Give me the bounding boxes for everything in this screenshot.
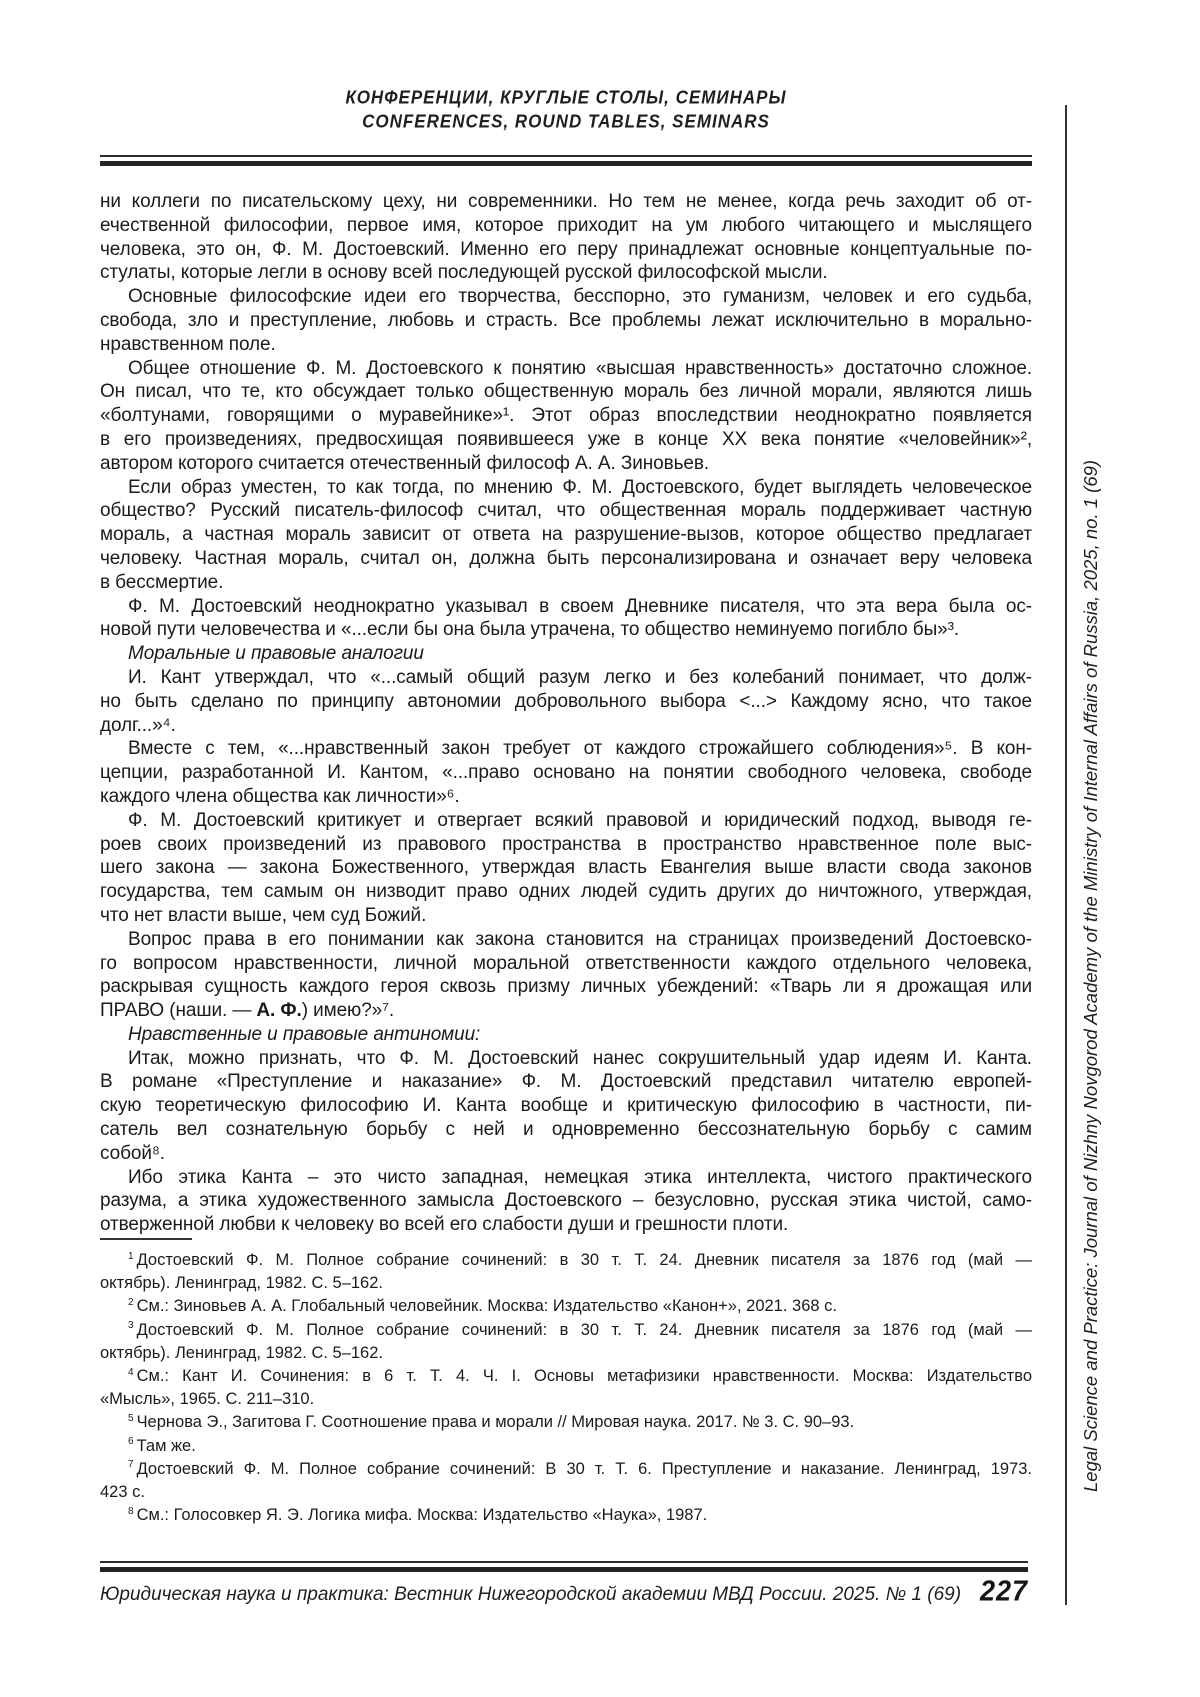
footnote-line: 8См.: Голосовкер Я. Э. Логика мифа. Моск… xyxy=(100,1504,1032,1527)
text-line: ечественной философии, первое имя, котор… xyxy=(100,214,1032,238)
page-header: КОНФЕРЕНЦИИ, КРУГЛЫЕ СТОЛЫ, СЕМИНАРЫ CON… xyxy=(100,86,1032,134)
text-line: Моральные и правовые аналогии xyxy=(100,642,1032,666)
sidebar-vertical-text: Legal Science and Practice: Journal of N… xyxy=(1080,460,1102,1492)
text-line: свобода, зло и преступление, любовь и ст… xyxy=(100,309,1032,333)
footnote-item: 7Достоевский Ф. М. Полное собрание сочин… xyxy=(100,1458,1032,1504)
footnote-item: 2См.: Зиновьев А. А. Глобальный человейн… xyxy=(100,1295,1032,1318)
text-line: автором которого считается отечественный… xyxy=(100,452,1032,476)
section-title-ru: КОНФЕРЕНЦИИ, КРУГЛЫЕ СТОЛЫ, СЕМИНАРЫ xyxy=(100,85,1032,111)
text-line: ни коллеги по писательскому цеху, ни сов… xyxy=(100,190,1032,214)
footer-journal-line: Юридическая наука и практика: Вестник Ни… xyxy=(100,1584,961,1606)
footnote-line: 423 с. xyxy=(100,1481,1032,1504)
footnote-line: октябрь). Ленинград, 1982. С. 5–162. xyxy=(100,1272,1032,1295)
text-line: раскрывая сущность каждого героя сквозь … xyxy=(100,975,1032,999)
text-line: но быть сделано по принципу автономии до… xyxy=(100,690,1032,714)
text-line: го вопросом нравственности, личной морал… xyxy=(100,952,1032,976)
text-line: И. Кант утверждал, что «...самый общий р… xyxy=(100,666,1032,690)
text-line: Вопрос права в его понимании как закона … xyxy=(100,928,1032,952)
text-line: стулаты, которые легли в основу всей пос… xyxy=(100,261,1032,285)
text-line: нравственном поле. xyxy=(100,333,1032,357)
article-paragraph: Ф. М. Достоевский критикует и отвергает … xyxy=(100,809,1032,928)
text-line: сатель вел сознательную борьбу с ней и о… xyxy=(100,1118,1032,1142)
text-line: отверженной любви к человеку во всей его… xyxy=(100,1213,1032,1237)
footnote-marker: 2 xyxy=(128,1297,134,1308)
article-subheading: Нравственные и правовые антиномии: xyxy=(100,1023,1032,1047)
section-title-en: CONFERENCES, ROUND TABLES, SEMINARS xyxy=(100,109,1032,135)
sidebar-rule xyxy=(1065,105,1067,1605)
text-line: цепции, разработанной И. Кантом, «...пра… xyxy=(100,761,1032,785)
footnote-item: 4См.: Кант И. Сочинения: в 6 т. Т. 4. Ч.… xyxy=(100,1365,1032,1411)
footnote-marker: 1 xyxy=(128,1251,134,1262)
footer-rule xyxy=(100,1561,1028,1572)
footnote-marker: 7 xyxy=(128,1459,134,1470)
footnote-item: 8См.: Голосовкер Я. Э. Логика мифа. Моск… xyxy=(100,1504,1032,1527)
footnote-line: 7Достоевский Ф. М. Полное собрание сочин… xyxy=(100,1458,1032,1481)
text-line: в его произведениях, предвосхищая появив… xyxy=(100,428,1032,452)
footnote-marker: 4 xyxy=(128,1367,134,1378)
article-subheading: Моральные и правовые аналогии xyxy=(100,642,1032,666)
article-body: ни коллеги по писательскому цеху, ни сов… xyxy=(100,190,1032,1237)
footnote-line: 3Достоевский Ф. М. Полное собрание сочин… xyxy=(100,1319,1032,1342)
text-line: человеку. Частная мораль, считал он, дол… xyxy=(100,547,1032,571)
article-paragraph: И. Кант утверждал, что «...самый общий р… xyxy=(100,666,1032,737)
footnote-line: 2См.: Зиновьев А. А. Глобальный человейн… xyxy=(100,1295,1032,1318)
text-line: Основные философские идеи его творчества… xyxy=(100,285,1032,309)
text-line: Общее отношение Ф. М. Достоевского к пон… xyxy=(100,357,1032,381)
article-paragraph: Вопрос права в его понимании как закона … xyxy=(100,928,1032,1023)
text-line: скую теоретическую философию И. Канта во… xyxy=(100,1094,1032,1118)
text-line: человека, это он, Ф. М. Достоевский. Име… xyxy=(100,238,1032,262)
header-rule-thick xyxy=(100,161,1032,166)
text-line: каждого члена общества как личности»⁶. xyxy=(100,785,1032,809)
footnote-marker: 5 xyxy=(128,1413,134,1424)
footnote-marker: 3 xyxy=(128,1320,134,1331)
page-number: 227 xyxy=(980,1575,1028,1608)
text-line: Если образ уместен, то как тогда, по мне… xyxy=(100,476,1032,500)
footnote-item: 6Там же. xyxy=(100,1435,1032,1458)
text-line: Он писал, что те, кто обсуждает только о… xyxy=(100,380,1032,404)
text-line: Ф. М. Достоевский критикует и отвергает … xyxy=(100,809,1032,833)
footnote-line: 4См.: Кант И. Сочинения: в 6 т. Т. 4. Ч.… xyxy=(100,1365,1032,1388)
text-line: шего закона — закона Божественного, утве… xyxy=(100,856,1032,880)
footnote-item: 5Чернова Э., Загитова Г. Соотношение пра… xyxy=(100,1411,1032,1434)
footer-rule-thick xyxy=(100,1567,1028,1572)
article-paragraph: Если образ уместен, то как тогда, по мне… xyxy=(100,476,1032,595)
text-line: Итак, можно признать, что Ф. М. Достоевс… xyxy=(100,1047,1032,1071)
footnotes: 1Достоевский Ф. М. Полное собрание сочин… xyxy=(100,1249,1032,1527)
text-line: В романе «Преступление и наказание» Ф. М… xyxy=(100,1070,1032,1094)
text-line: мораль, а частная мораль зависит от отве… xyxy=(100,523,1032,547)
footnote-marker: 6 xyxy=(128,1436,134,1447)
footnote-line: 1Достоевский Ф. М. Полное собрание сочин… xyxy=(100,1249,1032,1272)
text-line: Вместе с тем, «...нравственный закон тре… xyxy=(100,737,1032,761)
article-paragraph: Общее отношение Ф. М. Достоевского к пон… xyxy=(100,357,1032,476)
page-footer: Юридическая наука и практика: Вестник Ни… xyxy=(100,1576,1028,1607)
article-paragraph: Вместе с тем, «...нравственный закон тре… xyxy=(100,737,1032,808)
footnote-line: 6Там же. xyxy=(100,1435,1032,1458)
header-rule xyxy=(100,155,1032,166)
footnote-item: 3Достоевский Ф. М. Полное собрание сочин… xyxy=(100,1319,1032,1365)
article-paragraph: ни коллеги по писательскому цеху, ни сов… xyxy=(100,190,1032,285)
text-line: собой⁸. xyxy=(100,1142,1032,1166)
text-line: Ф. М. Достоевский неоднократно указывал … xyxy=(100,595,1032,619)
article-paragraph: Основные философские идеи его творчества… xyxy=(100,285,1032,356)
text-line: в бессмертие. xyxy=(100,571,1032,595)
article-paragraph: Ф. М. Достоевский неоднократно указывал … xyxy=(100,595,1032,643)
text-line: общество? Русский писатель-философ счита… xyxy=(100,499,1032,523)
footnote-line: «Мысль», 1965. С. 211–310. xyxy=(100,1388,1032,1411)
text-line: ПРАВО (наши. — А. Ф.) имею?»⁷. xyxy=(100,999,1032,1023)
footnote-item: 1Достоевский Ф. М. Полное собрание сочин… xyxy=(100,1249,1032,1295)
text-line: «болтунами, говорящими о муравейнике»¹. … xyxy=(100,404,1032,428)
text-line: Нравственные и правовые антиномии: xyxy=(100,1023,1032,1047)
footnote-separator xyxy=(100,1238,192,1240)
text-line: что нет власти выше, чем суд Божий. xyxy=(100,904,1032,928)
footnote-marker: 8 xyxy=(128,1506,134,1517)
text-line: разума, а этика художественного замысла … xyxy=(100,1189,1032,1213)
text-line: новой пути человечества и «...если бы он… xyxy=(100,618,1032,642)
text-line: роев своих произведений из правового про… xyxy=(100,833,1032,857)
text-line: Ибо этика Канта – это чисто западная, не… xyxy=(100,1166,1032,1190)
text-line: долг...»⁴. xyxy=(100,714,1032,738)
footnote-line: 5Чернова Э., Загитова Г. Соотношение пра… xyxy=(100,1411,1032,1434)
text-line: государства, тем самым он низводит право… xyxy=(100,880,1032,904)
footnote-line: октябрь). Ленинград, 1982. С. 5–162. xyxy=(100,1342,1032,1365)
article-paragraph: Ибо этика Канта – это чисто западная, не… xyxy=(100,1166,1032,1237)
journal-page: КОНФЕРЕНЦИИ, КРУГЛЫЕ СТОЛЫ, СЕМИНАРЫ CON… xyxy=(0,0,1200,1697)
article-paragraph: Итак, можно признать, что Ф. М. Достоевс… xyxy=(100,1047,1032,1166)
footnote-section: 1Достоевский Ф. М. Полное собрание сочин… xyxy=(100,1238,1032,1527)
